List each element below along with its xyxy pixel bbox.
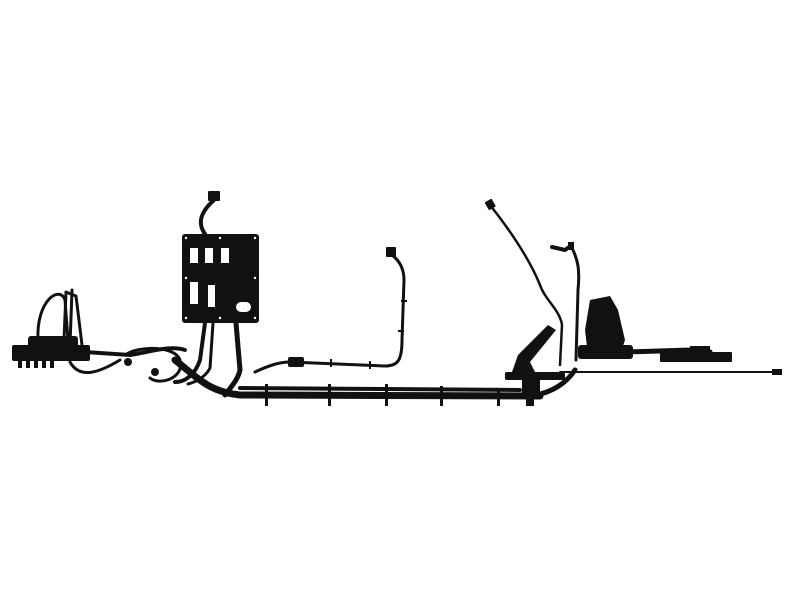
forked-pigtail — [552, 242, 579, 360]
center-pigtail — [255, 247, 407, 372]
mounting-plate — [175, 191, 259, 395]
left-connector-cluster — [12, 290, 185, 381]
antenna-wire — [490, 205, 562, 365]
product-image — [0, 0, 800, 600]
wiring-harness — [0, 0, 800, 600]
right-connector-block — [560, 296, 782, 375]
